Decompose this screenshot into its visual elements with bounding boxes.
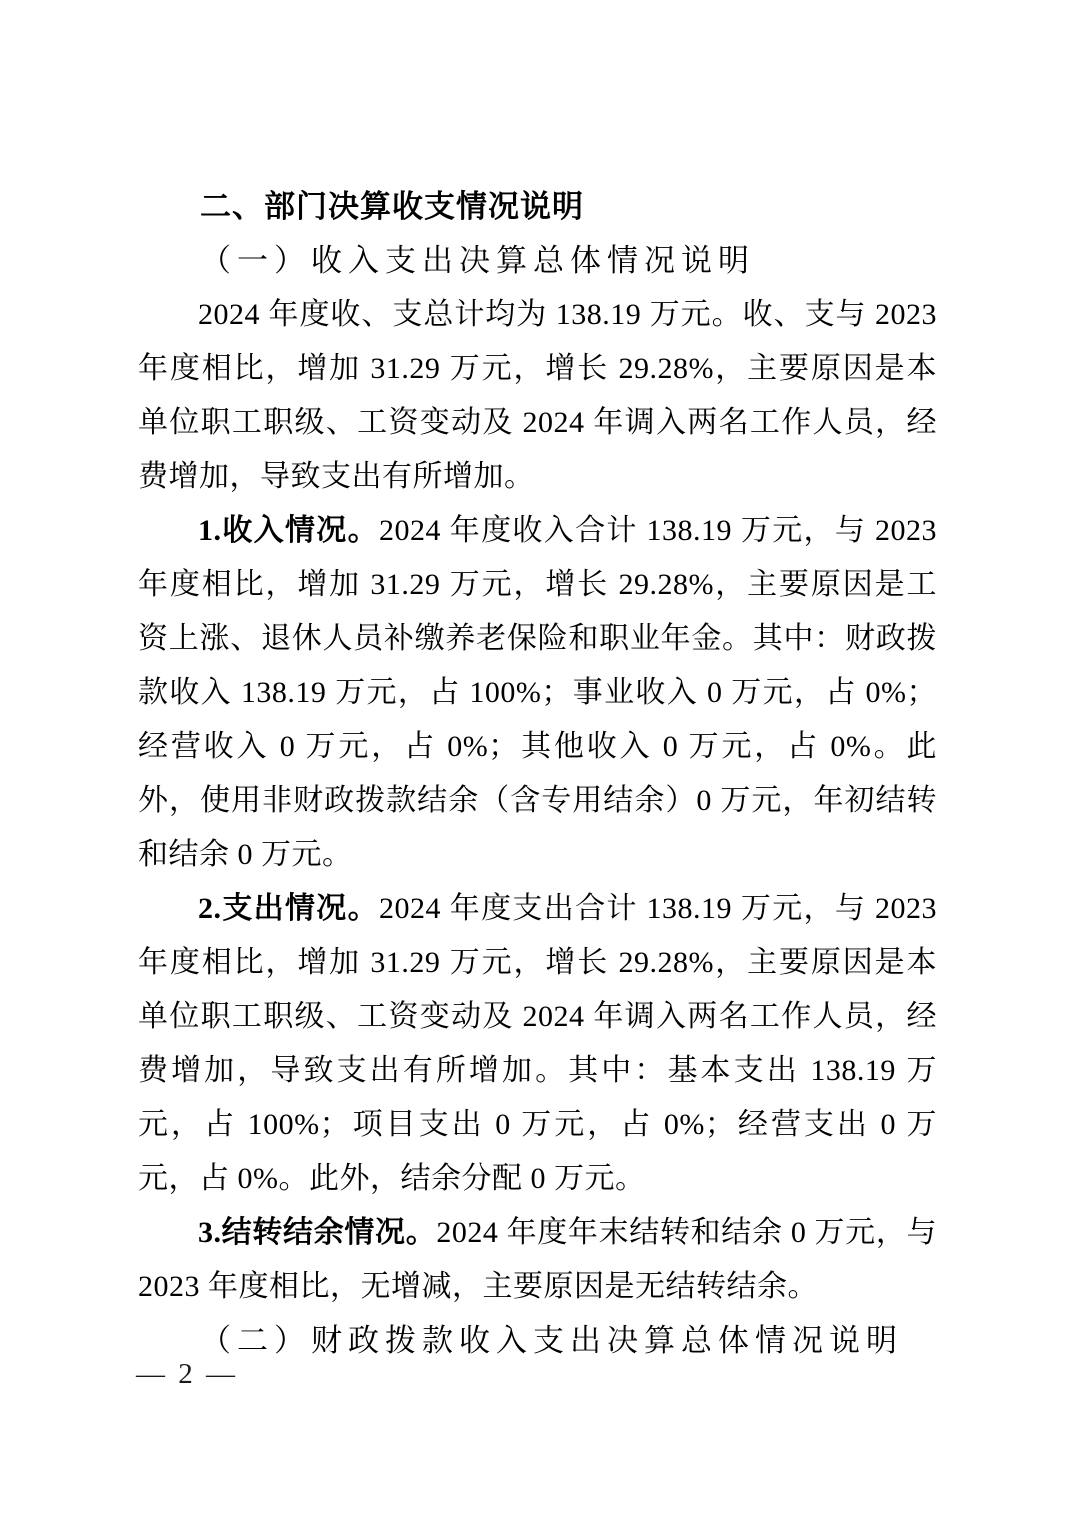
para-carryover: 3.结转结余情况。2024 年度年末结转和结余 0 万元，与 2023 年度相比… [138, 1206, 937, 1314]
text-run: 2024 年度收、支总计均为 138.19 万元。收、支与 2023 年度相比，… [138, 298, 937, 493]
run-emphasis: 二、部门决算收支情况说明 [200, 189, 584, 224]
page-number: — 2 — [136, 1358, 238, 1391]
subsection-heading-1: （一）收入支出决算总体情况说明 [138, 234, 937, 288]
section-heading-main: 二、部门决算收支情况说明 [138, 180, 937, 234]
text-run: 2024 年度支出合计 138.19 万元，与 2023 年度相比，增加 31.… [138, 892, 937, 1195]
document-body: 二、部门决算收支情况说明（一）收入支出决算总体情况说明2024 年度收、支总计均… [138, 180, 937, 1368]
para-expenditure: 2.支出情况。2024 年度支出合计 138.19 万元，与 2023 年度相比… [138, 882, 937, 1206]
para-overview: 2024 年度收、支总计均为 138.19 万元。收、支与 2023 年度相比，… [138, 288, 937, 504]
text-run: 2024 年度收入合计 138.19 万元，与 2023 年度相比，增加 31.… [138, 514, 937, 871]
subsection-heading-2: （二）财政拨款收入支出决算总体情况说明 [138, 1314, 937, 1368]
run-emphasis: 3.结转结余情况。 [198, 1216, 436, 1249]
text-run: （二）财政拨款收入支出决算总体情况说明 [200, 1323, 903, 1358]
run-emphasis: 1.收入情况。 [198, 514, 379, 547]
text-run: （一）收入支出决算总体情况说明 [200, 243, 755, 278]
run-emphasis: 2.支出情况。 [198, 892, 379, 925]
document-page: 二、部门决算收支情况说明（一）收入支出决算总体情况说明2024 年度收、支总计均… [0, 0, 1075, 1520]
para-income: 1.收入情况。2024 年度收入合计 138.19 万元，与 2023 年度相比… [138, 504, 937, 882]
